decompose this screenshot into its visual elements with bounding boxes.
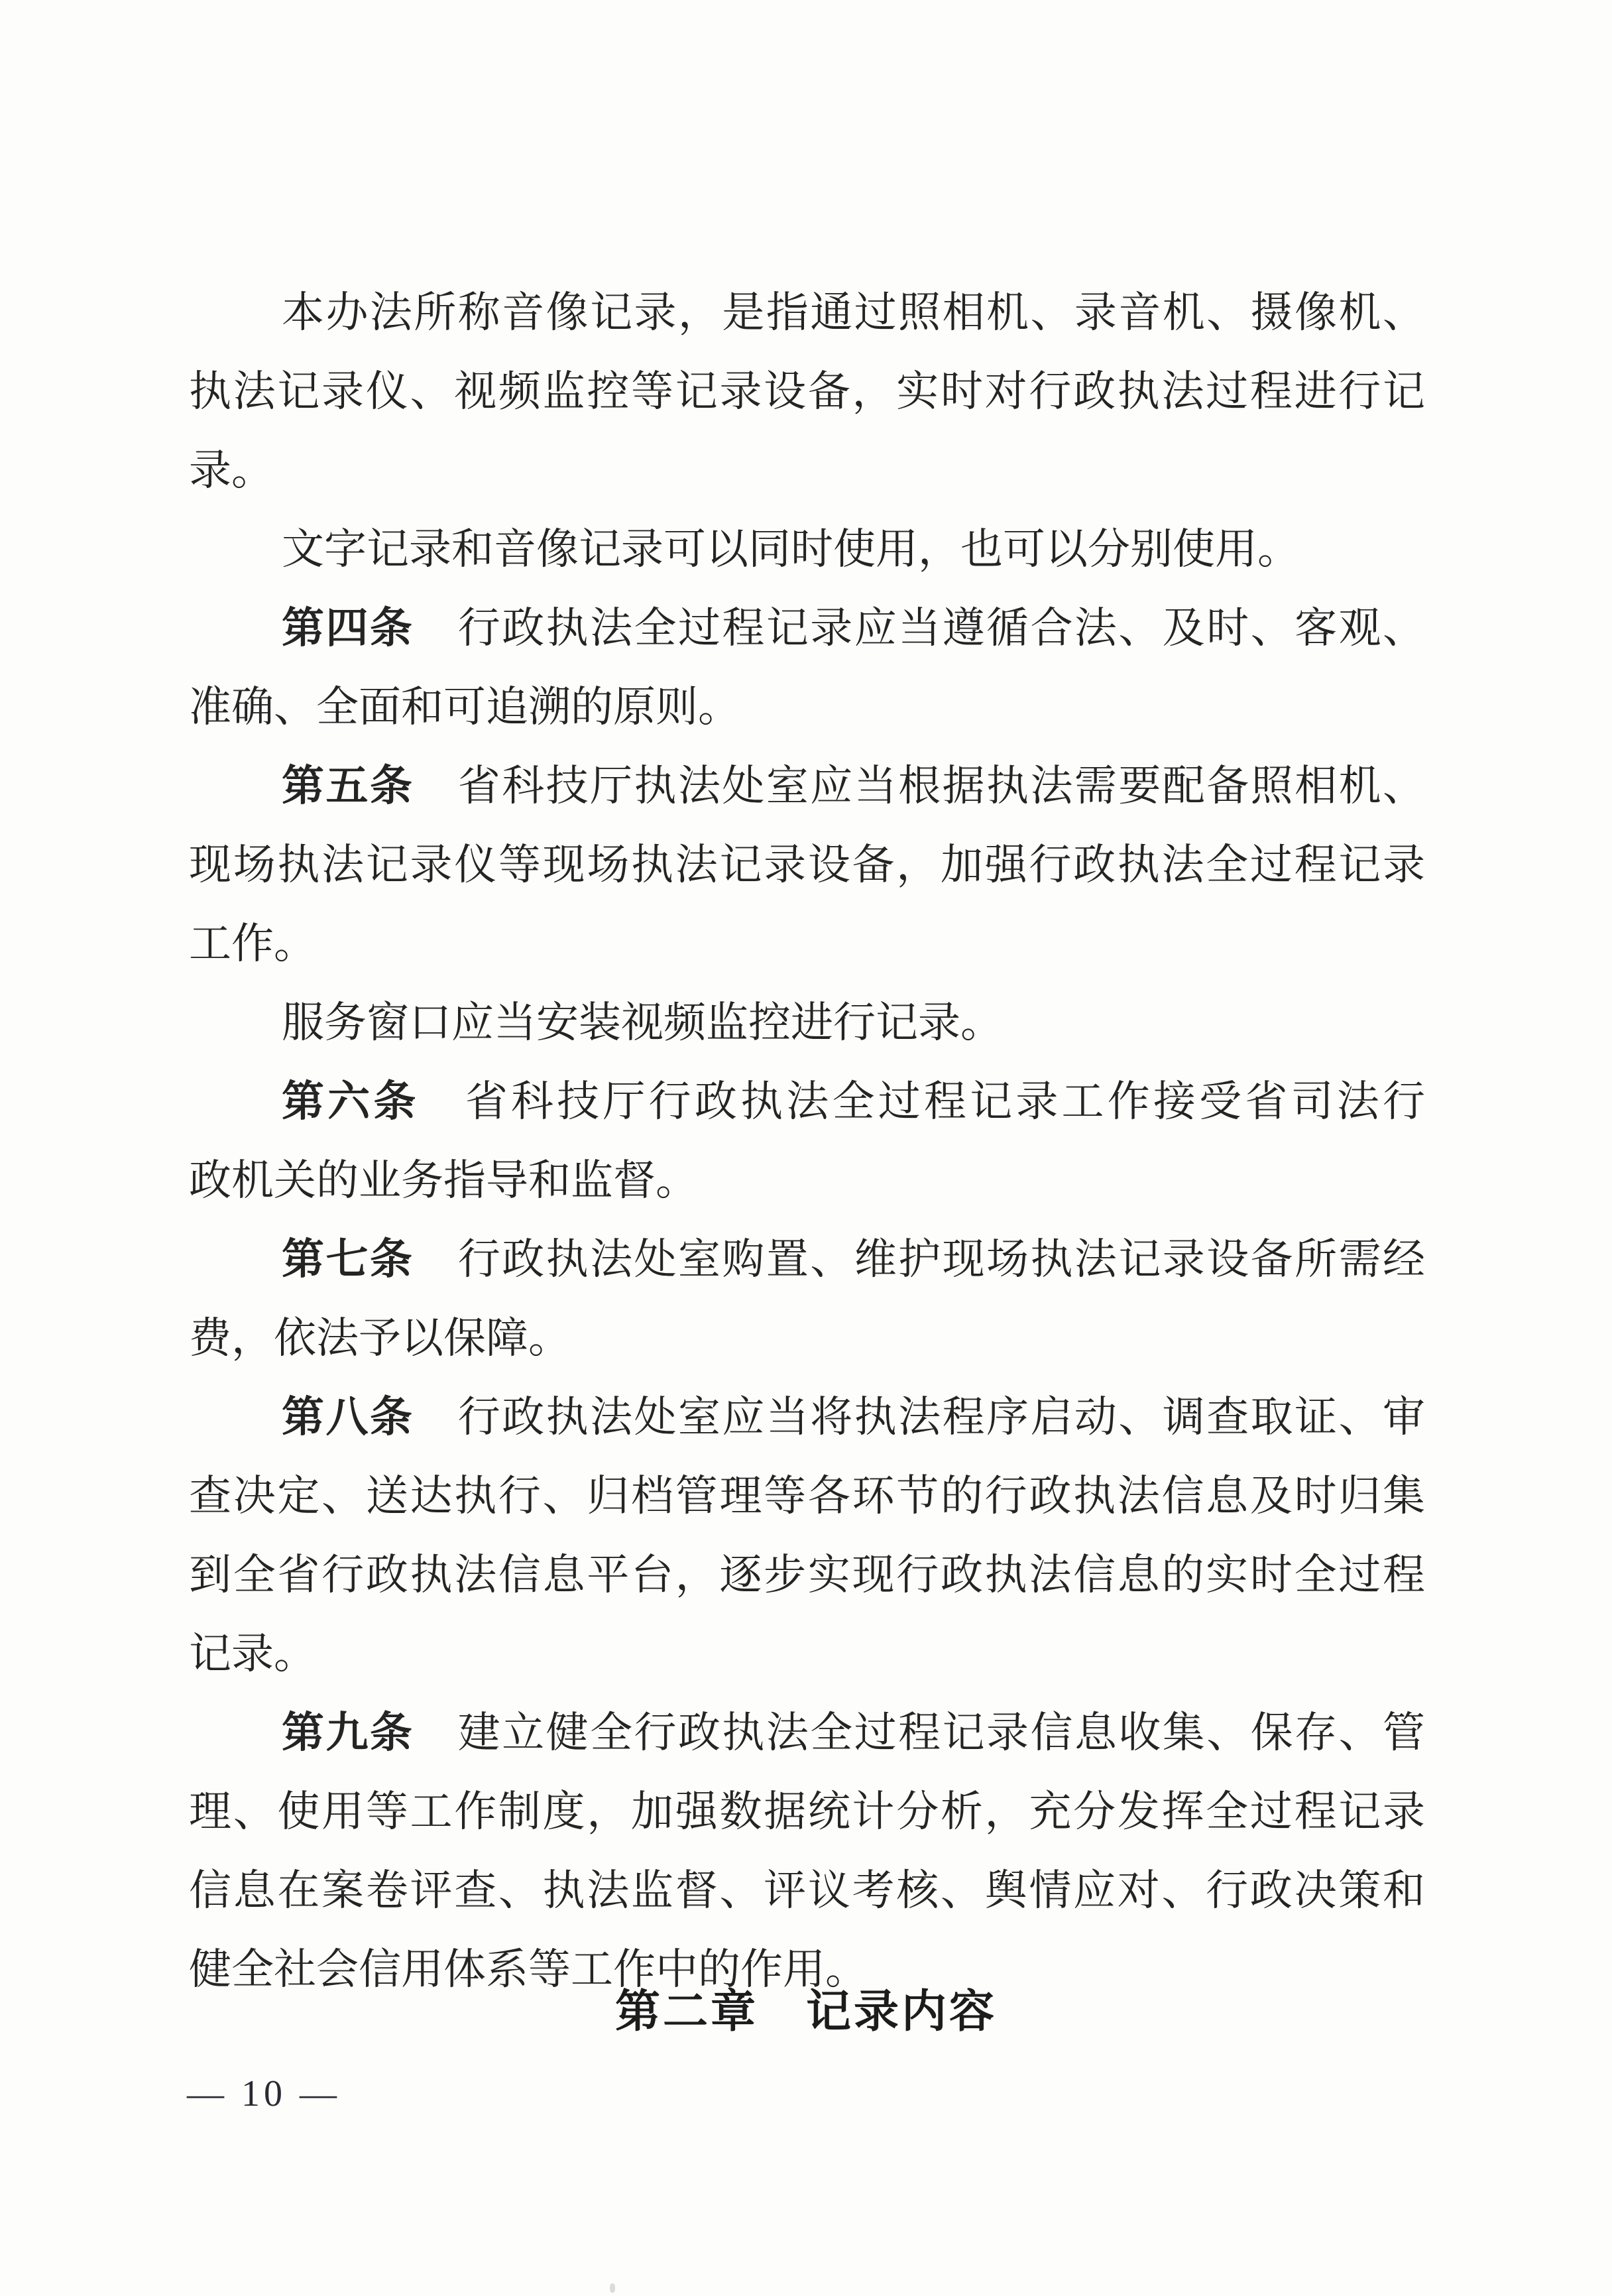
body-line: 信息在案卷评查、执法监督、评议考核、舆情应对、行政决策和: [189, 1851, 1425, 1930]
text-segment: 记录。: [189, 1630, 316, 1677]
document-page: 本办法所称音像记录，是指通过照相机、录音机、摄像机、执法记录仪、视频监控等记录设…: [0, 0, 1612, 2296]
body-line: 录。: [189, 431, 1425, 510]
body-line: 工作。: [189, 904, 1425, 983]
body-line: 第七条 行政执法处室购置、维护现场执法记录设备所需经: [189, 1220, 1425, 1299]
body-line: 现场执法记录仪等现场执法记录设备，加强行政执法全过程记录: [189, 825, 1425, 904]
page-number: — 10 —: [187, 2066, 341, 2122]
text-segment: 准确、全面和可追溯的原则。: [189, 684, 740, 731]
text-segment: 行政执法处室购置、维护现场执法记录设备所需经: [414, 1236, 1425, 1283]
article-number: 第六条: [282, 1077, 420, 1126]
body-line: 第六条 省科技厅行政执法全过程记录工作接受省司法行: [189, 1062, 1425, 1141]
scan-artifact: [610, 2283, 615, 2293]
text-segment: 省科技厅执法处室应当根据执法需要配备照相机、: [414, 762, 1425, 810]
body-line: 第四条 行政执法全过程记录应当遵循合法、及时、客观、: [189, 589, 1425, 668]
text-segment: 录。: [189, 447, 274, 494]
text-segment: 工作。: [189, 920, 316, 967]
text-segment: 费，依法予以保障。: [189, 1315, 571, 1362]
article-number: 第四条: [282, 604, 414, 653]
text-segment: 现场执法记录仪等现场执法记录设备，加强行政执法全过程记录: [189, 841, 1425, 888]
article-number: 第七条: [282, 1235, 414, 1284]
text-segment: 理、使用等工作制度，加强数据统计分析，充分发挥全过程记录: [189, 1788, 1425, 1835]
body-line: 记录。: [189, 1614, 1425, 1693]
text-segment: 行政执法处室应当将执法程序启动、调查取证、审: [414, 1394, 1425, 1441]
body-line: 本办法所称音像记录，是指通过照相机、录音机、摄像机、: [189, 273, 1425, 352]
text-segment: 信息在案卷评查、执法监督、评议考核、舆情应对、行政决策和: [189, 1867, 1425, 1914]
article-number: 第五条: [282, 762, 414, 811]
body-line: 到全省行政执法信息平台，逐步实现行政执法信息的实时全过程: [189, 1536, 1425, 1614]
body-line: 服务窗口应当安装视频监控进行记录。: [189, 983, 1425, 1062]
body-line: 第九条 建立健全行政执法全过程记录信息收集、保存、管: [189, 1693, 1425, 1772]
body-line: 文字记录和音像记录可以同时使用，也可以分别使用。: [189, 510, 1425, 589]
body-line: 查决定、送达执行、归档管理等各环节的行政执法信息及时归集: [189, 1457, 1425, 1536]
text-segment: 文字记录和音像记录可以同时使用，也可以分别使用。: [282, 526, 1300, 573]
body-line: 理、使用等工作制度，加强数据统计分析，充分发挥全过程记录: [189, 1772, 1425, 1851]
text-segment: 省科技厅行政执法全过程记录工作接受省司法行: [420, 1078, 1425, 1125]
body-line: 准确、全面和可追溯的原则。: [189, 668, 1425, 747]
body-line: 第五条 省科技厅执法处室应当根据执法需要配备照相机、: [189, 747, 1425, 825]
chapter-heading: 第二章 记录内容: [0, 1979, 1612, 2045]
text-segment: 到全省行政执法信息平台，逐步实现行政执法信息的实时全过程: [189, 1551, 1425, 1599]
text-segment: 本办法所称音像记录，是指通过照相机、录音机、摄像机、: [282, 289, 1425, 336]
body-line: 政机关的业务指导和监督。: [189, 1141, 1425, 1220]
text-segment: 建立健全行政执法全过程记录信息收集、保存、管: [414, 1709, 1425, 1756]
text-segment: 执法记录仪、视频监控等记录设备，实时对行政执法过程进行记: [189, 368, 1425, 415]
text-segment: 行政执法全过程记录应当遵循合法、及时、客观、: [414, 605, 1425, 652]
body-line: 执法记录仪、视频监控等记录设备，实时对行政执法过程进行记: [189, 352, 1425, 431]
article-number: 第九条: [282, 1709, 414, 1758]
text-segment: 政机关的业务指导和监督。: [189, 1157, 698, 1204]
body-line: 第八条 行政执法处室应当将执法程序启动、调查取证、审: [189, 1378, 1425, 1457]
document-body: 本办法所称音像记录，是指通过照相机、录音机、摄像机、执法记录仪、视频监控等记录设…: [189, 273, 1425, 2009]
text-segment: 查决定、送达执行、归档管理等各环节的行政执法信息及时归集: [189, 1473, 1425, 1520]
article-number: 第八条: [282, 1393, 414, 1442]
body-line: 费，依法予以保障。: [189, 1299, 1425, 1378]
text-segment: 服务窗口应当安装视频监控进行记录。: [282, 999, 1003, 1046]
